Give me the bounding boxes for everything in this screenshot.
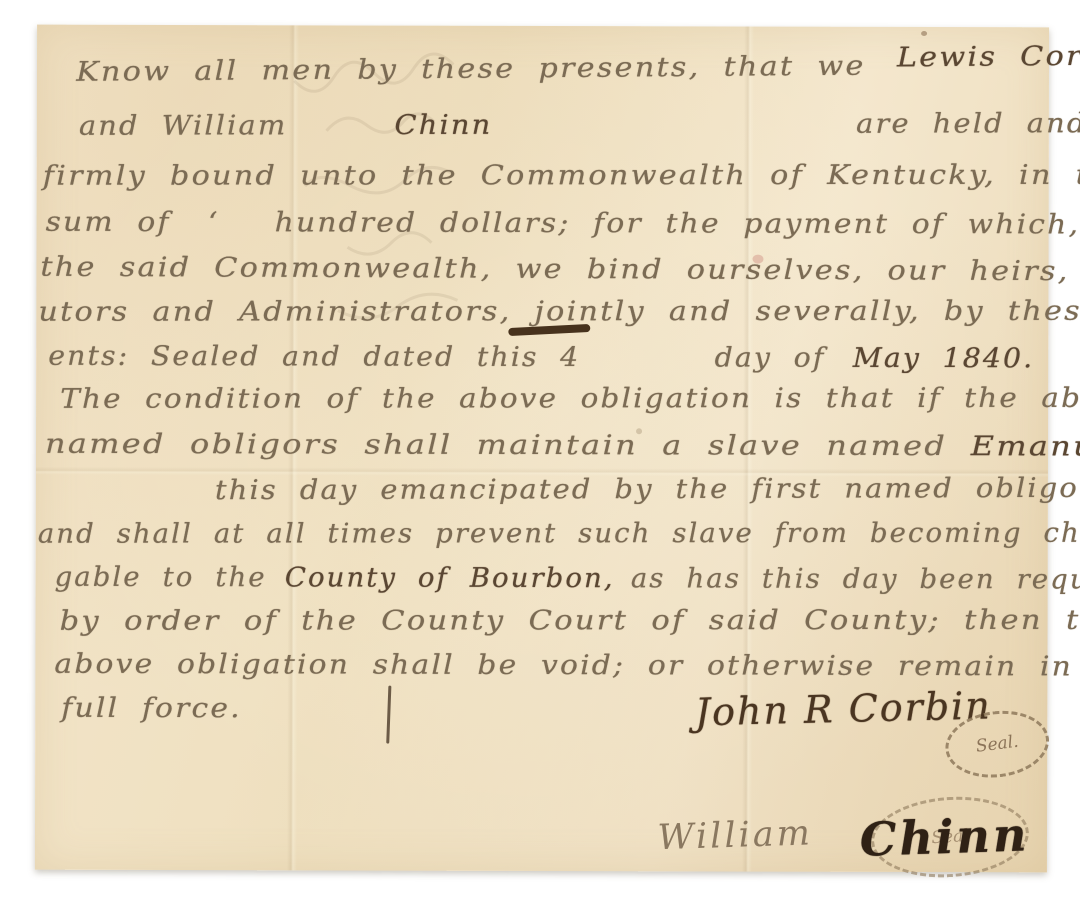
document-line-7: ents: Sealed and dated this 4day ofMay 1…: [48, 341, 1034, 375]
document-line-6: utors and Administrators, jointly and se…: [38, 296, 1080, 328]
filled-date: May 1840.: [853, 343, 1035, 374]
filled-name-lewis-corbin: Lewis Corbin: [897, 40, 1080, 73]
line-text: the said Commonwealth, we bind ourselves…: [40, 252, 1080, 288]
filled-name-emanuel: Emanuel: [971, 431, 1080, 462]
document-line-11: and shall at all times prevent such slav…: [38, 518, 1080, 550]
document-line-1: Know all men by these presents, that weL…: [76, 48, 1080, 87]
document-line-8: The condition of the above obligation is…: [60, 383, 1080, 415]
document-line-10: this day emancipated by the first named …: [215, 473, 1080, 506]
line-text: this day emancipated by the first named …: [215, 473, 1080, 506]
filled-name-chinn: Chinn: [394, 110, 492, 141]
line-text: by order of the County Court of said Cou…: [60, 605, 1080, 637]
filled-county-name: County of Bourbon,: [285, 562, 615, 594]
document-line-2: and WilliamChinnare held and: [79, 108, 1080, 142]
document-line-9: named obligors shall maintain a slave na…: [45, 429, 1080, 463]
document-line-5: the said Commonwealth, we bind ourselves…: [40, 252, 1080, 288]
stray-ink-stroke: [386, 686, 391, 744]
line-text: named obligors shall maintain a slave na…: [45, 429, 947, 462]
document-line-15: full force.: [61, 693, 242, 724]
line-text: The condition of the above obligation is…: [60, 383, 1080, 415]
line-text: ents: Sealed and dated this 4: [48, 341, 580, 373]
document-line-13: by order of the County Court of said Cou…: [60, 605, 1080, 637]
line-text: day of: [715, 342, 826, 373]
line-text: as has this day been required: [631, 563, 1080, 595]
document-line-12: gable to theCounty of Bourbon,as has thi…: [55, 562, 1080, 596]
line-text: and William: [79, 110, 288, 142]
seal-label: Seal.: [975, 732, 1020, 757]
signature-william: William: [657, 813, 813, 858]
line-text: above obligation shall be void; or other…: [54, 649, 1073, 683]
line-text: are held and: [856, 108, 1080, 140]
line-text: full force.: [61, 693, 242, 724]
paper-speck: [921, 31, 927, 36]
line-text: and shall at all times prevent such slav…: [38, 518, 1080, 550]
line-text: hundred dollars; for the payment of whic…: [275, 207, 1080, 240]
line-text: gable to the: [55, 562, 267, 594]
line-text: Know all men by these presents, that we: [76, 51, 866, 88]
line-text: firmly bound unto the Commonwealth of Ke…: [43, 160, 1080, 192]
signature-john-r-corbin: John R Corbin: [694, 683, 992, 734]
manuscript-paper: Know all men by these presents, that weL…: [35, 25, 1049, 873]
scanned-document-page: Know all men by these presents, that weL…: [0, 0, 1080, 912]
line-text: utors and Administrators, jointly and se…: [38, 296, 1080, 328]
document-line-14: above obligation shall be void; or other…: [54, 649, 1073, 683]
line-text: sum of: [46, 207, 171, 238]
signature-chinn: Chinn: [859, 807, 1030, 866]
document-line-4: sum of‘hundred dollars; for the payment …: [46, 207, 1080, 241]
blank-amount-tick: ‘: [208, 207, 220, 238]
document-line-3: firmly bound unto the Commonwealth of Ke…: [43, 160, 1080, 192]
